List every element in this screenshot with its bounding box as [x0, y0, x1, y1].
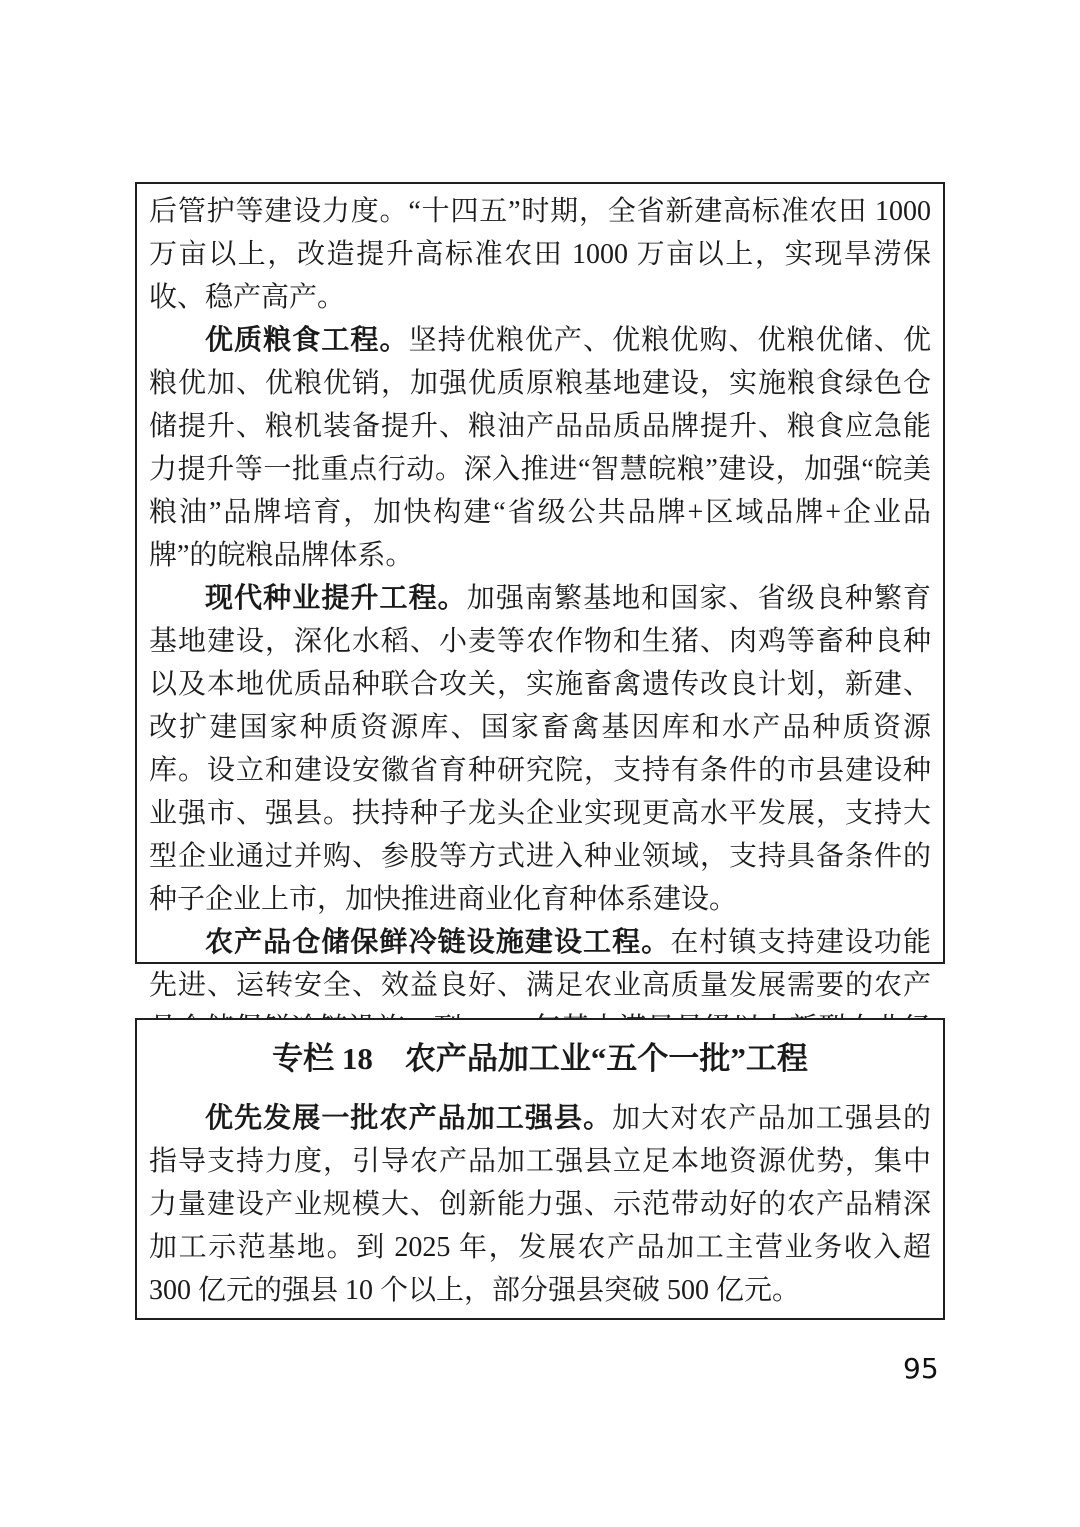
paragraph-text: 加强南繁基地和国家、省级良种繁育基地建设，深化水稻、小麦等农作物和生猪、肉鸡等畜…	[149, 583, 931, 915]
paragraph-grain-project: 优质粮食工程。坚持优粮优产、优粮优购、优粮优储、优粮优加、优粮优销，加强优质原粮…	[149, 319, 931, 577]
paragraph-lead: 优质粮食工程。	[205, 325, 409, 356]
paragraph-lead: 优先发展一批农产品加工强县。	[205, 1103, 612, 1134]
page-number: 95	[903, 1352, 939, 1385]
column-title: 专栏 18农产品加工业“五个一批”工程	[149, 1038, 931, 1080]
column-title-label: 专栏 18	[272, 1041, 373, 1076]
paragraph-lead: 农产品仓储保鲜冷链设施建设工程。	[205, 927, 670, 958]
paragraph-seed-project: 现代种业提升工程。加强南繁基地和国家、省级良种繁育基地建设，深化水稻、小麦等农作…	[149, 577, 931, 921]
paragraph-continuation: 后管护等建设力度。“十四五”时期，全省新建高标准农田 1000 万亩以上，改造提…	[149, 190, 931, 319]
paragraph-text: 后管护等建设力度。“十四五”时期，全省新建高标准农田 1000 万亩以上，改造提…	[149, 196, 931, 313]
column-title-text: 农产品加工业“五个一批”工程	[405, 1041, 808, 1076]
text-box-main: 后管护等建设力度。“十四五”时期，全省新建高标准农田 1000 万亩以上，改造提…	[135, 182, 945, 964]
paragraph-strong-county: 优先发展一批农产品加工强县。加大对农产品加工强县的指导支持力度，引导农产品加工强…	[149, 1097, 931, 1312]
paragraph-text: 坚持优粮优产、优粮优购、优粮优储、优粮优加、优粮优销，加强优质原粮基地建设，实施…	[149, 325, 931, 571]
text-box-column18: 专栏 18农产品加工业“五个一批”工程 优先发展一批农产品加工强县。加大对农产品…	[135, 1018, 945, 1320]
paragraph-lead: 现代种业提升工程。	[205, 583, 467, 614]
